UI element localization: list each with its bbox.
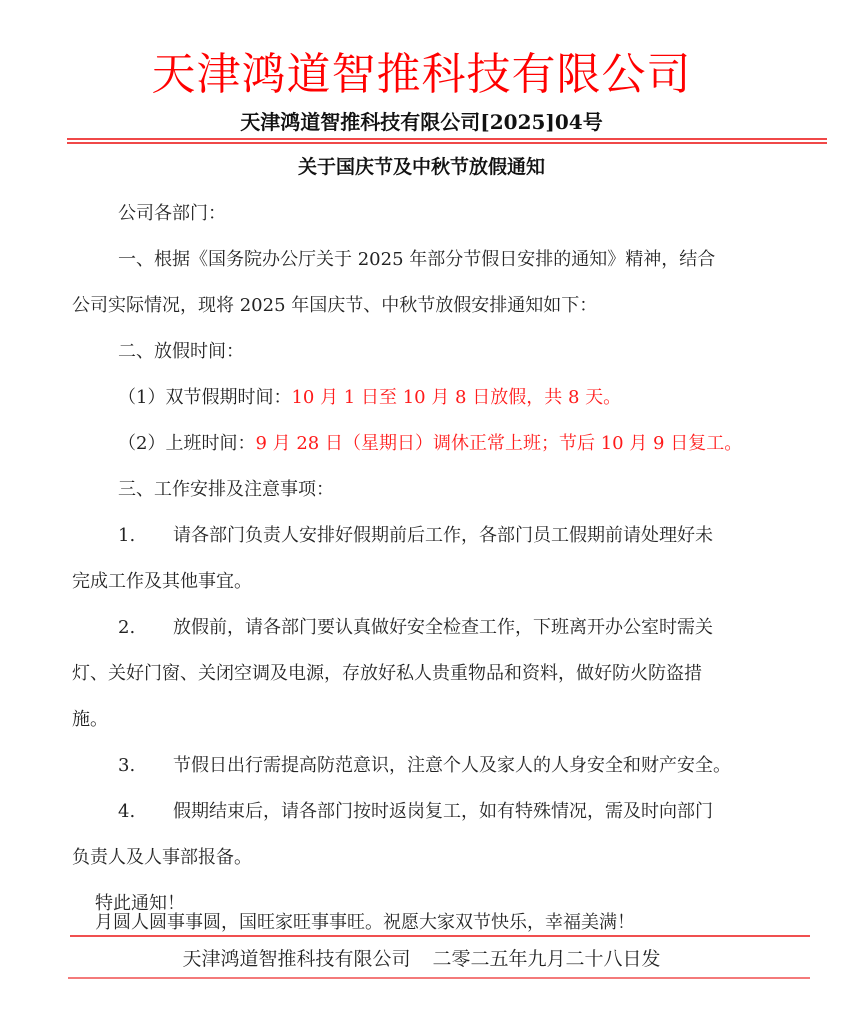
task-item-2-text: 放假前，请各部门要认真做好安全检查工作，下班离开办公室时需关 (173, 617, 713, 638)
task-item-1-line2: 完成工作及其他事宜。 (72, 567, 252, 593)
work-time-label: （2）上班时间： (118, 433, 255, 454)
section1-line1: 一、根据《国务院办公厅关于 2025 年部分节假日安排的通知》精神，结合 (118, 245, 715, 271)
work-time-item: （2）上班时间：9 月 28 日（星期日）调休正常上班；节后 10 月 9 日复… (118, 429, 742, 455)
task-item-1-number: 1. (118, 525, 173, 546)
header-double-rule (67, 138, 827, 144)
task-item-2-line3: 施。 (72, 705, 108, 731)
task-item-4-number: 4. (118, 801, 173, 822)
section1-line2: 公司实际情况，现将 2025 年国庆节、中秋节放假安排通知如下： (72, 291, 597, 317)
task-item-4-line1: 4.假期结束后，请各部门按时返岗复工，如有特殊情况，需及时向部门 (118, 797, 713, 823)
footer-issuer: 天津鸿道智推科技有限公司二零二五年九月二十八日发 (0, 944, 843, 971)
holiday-wishes: 月圆人圆事事圆，国旺家旺事事旺。祝愿大家双节快乐，幸福美满！ (95, 908, 635, 934)
task-item-3-number: 3. (118, 755, 173, 776)
holiday-period-item: （1）双节假期时间：10 月 1 日至 10 月 8 日放假，共 8 天。 (118, 383, 621, 409)
task-item-1-text: 请各部门负责人安排好假期前后工作，各部门员工假期前请处理好未 (173, 525, 713, 546)
section2-heading: 二、放假时间： (118, 337, 244, 363)
footer-bottom-rule (68, 977, 810, 979)
task-item-2-line2: 灯、关好门窗、关闭空调及电源，存放好私人贵重物品和资料，做好防火防盗措 (72, 659, 702, 685)
salutation: 公司各部门： (118, 199, 226, 225)
task-item-2-number: 2. (118, 617, 173, 638)
footer-top-rule (70, 935, 810, 937)
footer-date: 二零二五年九月二十八日发 (433, 948, 661, 970)
task-item-4-text: 假期结束后，请各部门按时返岗复工，如有特殊情况，需及时向部门 (173, 801, 713, 822)
rule-line-top (67, 138, 827, 140)
section3-heading: 三、工作安排及注意事项： (118, 475, 334, 501)
task-item-4-line2: 负责人及人事部报备。 (72, 843, 252, 869)
holiday-period-label: （1）双节假期时间： (118, 387, 291, 408)
work-time-dates: 9 月 28 日（星期日）调休正常上班；节后 10 月 9 日复工。 (255, 433, 742, 454)
footer-company: 天津鸿道智推科技有限公司 (182, 948, 410, 970)
document-number: 天津鸿道智推科技有限公司[2025]04号 (0, 106, 843, 135)
task-item-3-text: 节假日出行需提高防范意识，注意个人及家人的人身安全和财产安全。 (173, 755, 731, 776)
task-item-1-line1: 1.请各部门负责人安排好假期前后工作，各部门员工假期前请处理好未 (118, 521, 713, 547)
task-item-2-line1: 2.放假前，请各部门要认真做好安全检查工作，下班离开办公室时需关 (118, 613, 713, 639)
holiday-period-dates: 10 月 1 日至 10 月 8 日放假，共 8 天。 (291, 387, 621, 408)
task-item-3-line1: 3.节假日出行需提高防范意识，注意个人及家人的人身安全和财产安全。 (118, 751, 731, 777)
notice-title: 关于国庆节及中秋节放假通知 (0, 152, 843, 179)
masthead-company-name: 天津鸿道智推科技有限公司 (0, 38, 843, 102)
rule-line-bottom (67, 142, 827, 144)
